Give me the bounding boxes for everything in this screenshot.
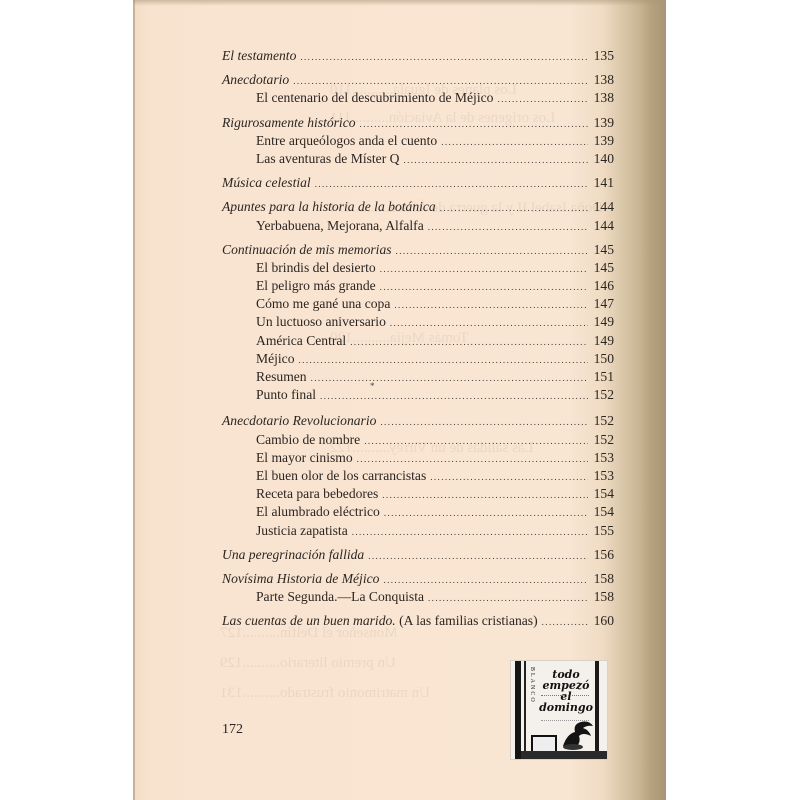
toc-subentry-title: Receta para bebedores	[256, 485, 378, 503]
dot-leader	[383, 571, 588, 589]
toc-entry[interactable]: Continuación de mis memorias 145	[222, 241, 614, 259]
toc-subentry-page: 138	[592, 89, 614, 107]
toc-subentry[interactable]: Resumen 151	[222, 368, 614, 386]
toc-section: Anecdotario Revolucionario 152 Cambio de…	[222, 412, 614, 539]
toc-subentry-title: Un luctuoso aniversario	[256, 313, 386, 331]
dot-leader	[320, 387, 588, 405]
toc-subentry-page: 154	[592, 503, 614, 521]
toc-subentry-title: Cómo me gané una copa	[256, 295, 390, 313]
toc-entry-page: 158	[592, 570, 614, 588]
toc-subentry[interactable]: Cambio de nombre 152	[222, 431, 614, 449]
toc-subentry-page: 152	[592, 386, 614, 404]
toc-section: Continuación de mis memorias 145 El brin…	[222, 241, 614, 405]
toc-subentry-page: 155	[592, 522, 614, 540]
dot-leader	[441, 133, 588, 151]
toc-entry-title: Una peregrinación fallida	[222, 546, 364, 564]
toc-subentry-page: 149	[592, 332, 614, 350]
toc-entry-page: 144	[592, 198, 614, 216]
toc-subentry-page: 147	[592, 295, 614, 313]
table-of-contents: El testamento 135 Anecdotario 138 El cen…	[222, 47, 614, 636]
toc-subentry-title: Yerbabuena, Mejorana, Alfalfa	[256, 217, 424, 235]
toc-subentry[interactable]: Un luctuoso aniversario 149	[222, 313, 614, 331]
toc-entry-title: Apuntes para la historia de la botánica	[222, 198, 436, 216]
dot-leader	[380, 413, 588, 431]
toc-subentry-title: Méjico	[256, 350, 295, 368]
bleed-through-text: Un premio literario..........129	[220, 655, 396, 672]
toc-entry[interactable]: Una peregrinación fallida 156	[222, 546, 614, 564]
toc-subentry-page: 149	[592, 313, 614, 331]
toc-subentry[interactable]: El buen olor de los carrancistas 153	[222, 467, 614, 485]
toc-subentry-title: El peligro más grande	[256, 277, 376, 295]
toc-subentry-title: Cambio de nombre	[256, 431, 360, 449]
toc-subentry-page: 140	[592, 150, 614, 168]
toc-subentry[interactable]: El mayor cinismo 153	[222, 449, 614, 467]
toc-entry[interactable]: Las cuentas de un buen marido. (A las fa…	[222, 612, 614, 630]
toc-subentry[interactable]: Méjico 150	[222, 350, 614, 368]
toc-entry-page: 141	[592, 174, 614, 192]
cover-frame-bar	[524, 661, 526, 759]
dot-leader	[299, 351, 588, 369]
eagle-sculpture-icon	[559, 716, 595, 750]
dot-leader	[428, 218, 588, 236]
toc-entry-title: Rigurosamente histórico	[222, 114, 356, 132]
toc-subentry[interactable]: El brindis del desierto 145	[222, 259, 614, 277]
toc-subentry[interactable]: El peligro más grande 146	[222, 277, 614, 295]
toc-subentry[interactable]: Las aventuras de Míster Q 140	[222, 150, 614, 168]
dot-leader	[497, 90, 588, 108]
dot-leader	[293, 72, 588, 90]
dot-leader	[315, 175, 588, 193]
dot-leader	[430, 468, 588, 486]
dot-leader	[542, 613, 588, 631]
section-separator-mark: *	[370, 381, 375, 391]
toc-section: Rigurosamente histórico 139 Entre arqueó…	[222, 114, 614, 169]
cover-frame-bar	[515, 661, 521, 759]
toc-entry-page: 139	[592, 114, 614, 132]
dot-leader	[300, 48, 588, 66]
dot-leader	[428, 589, 588, 607]
dot-leader	[384, 504, 588, 522]
toc-entry-title: Las cuentas de un buen marido. (A las fa…	[222, 612, 538, 630]
dot-leader	[364, 432, 588, 450]
toc-entry-title-suffix: (A las familias cristianas)	[396, 613, 538, 628]
toc-subentry-title: Justicia zapatista	[256, 522, 348, 540]
dot-leader	[350, 333, 588, 351]
toc-subentry-title: Parte Segunda.—La Conquista	[256, 588, 424, 606]
toc-entry-title: Música celestial	[222, 174, 311, 192]
toc-entry[interactable]: Anecdotario 138	[222, 71, 614, 89]
toc-subentry-title: Resumen	[256, 368, 307, 386]
toc-subentry[interactable]: El centenario del descubrimiento de Méji…	[222, 89, 614, 107]
toc-entry-title: Continuación de mis memorias	[222, 241, 392, 259]
toc-section: Las cuentas de un buen marido. (A las fa…	[222, 612, 614, 630]
toc-subentry-page: 146	[592, 277, 614, 295]
dot-leader	[390, 314, 588, 332]
book-cover-thumbnail[interactable]: BLANCO todo empezó el domingo	[510, 660, 608, 760]
toc-subentry-title: El centenario del descubrimiento de Méji…	[256, 89, 493, 107]
toc-subentry-title: Entre arqueólogos anda el cuento	[256, 132, 437, 150]
toc-subentry-title: El brindis del desierto	[256, 259, 376, 277]
toc-subentry[interactable]: Yerbabuena, Mejorana, Alfalfa 144	[222, 217, 614, 235]
dot-leader	[357, 450, 588, 468]
toc-subentry[interactable]: Justicia zapatista 155	[222, 522, 614, 540]
toc-entry-title: Novísima Historia de Méjico	[222, 570, 379, 588]
page-number: 172	[222, 722, 243, 738]
toc-entry-page: 138	[592, 71, 614, 89]
toc-subentry-title: El alumbrado eléctrico	[256, 503, 380, 521]
toc-subentry-page: 144	[592, 217, 614, 235]
toc-subentry[interactable]: Receta para bebedores 154	[222, 485, 614, 503]
toc-subentry[interactable]: América Central 149	[222, 332, 614, 350]
toc-section: Música celestial 141	[222, 174, 614, 192]
toc-entry[interactable]: El testamento 135	[222, 47, 614, 65]
toc-subentry[interactable]: Cómo me gané una copa 147	[222, 295, 614, 313]
dot-leader	[360, 115, 588, 133]
toc-section: El testamento 135	[222, 47, 614, 65]
toc-section: Novísima Historia de Méjico 158 Parte Se…	[222, 570, 614, 606]
dot-leader	[394, 296, 588, 314]
toc-entry[interactable]: Novísima Historia de Méjico 158	[222, 570, 614, 588]
toc-subentry[interactable]: Parte Segunda.—La Conquista 158	[222, 588, 614, 606]
toc-subentry-page: 153	[592, 467, 614, 485]
toc-entry-page: 145	[592, 241, 614, 259]
toc-subentry[interactable]: Punto final 152	[222, 386, 614, 404]
dot-leader	[396, 242, 588, 260]
toc-subentry-title: América Central	[256, 332, 346, 350]
toc-subentry-page: 150	[592, 350, 614, 368]
toc-subentry-title: Punto final	[256, 386, 316, 404]
toc-entry-title: El testamento	[222, 47, 296, 65]
dot-leader	[380, 260, 588, 278]
toc-entry-page: 160	[592, 612, 614, 630]
toc-entry-page: 152	[592, 412, 614, 430]
page-top-shadow	[133, 0, 666, 6]
toc-section: Apuntes para la historia de la botánica …	[222, 198, 614, 234]
toc-entry-title: Anecdotario	[222, 71, 289, 89]
toc-entry[interactable]: Apuntes para la historia de la botánica …	[222, 198, 614, 216]
toc-subentry-page: 153	[592, 449, 614, 467]
toc-subentry[interactable]: Entre arqueólogos anda el cuento 139	[222, 132, 614, 150]
toc-entry[interactable]: Anecdotario Revolucionario 152	[222, 412, 614, 430]
toc-entry[interactable]: Rigurosamente histórico 139	[222, 114, 614, 132]
toc-subentry-page: 152	[592, 431, 614, 449]
cover-frame-bar	[595, 661, 599, 759]
toc-section: Anecdotario 138 El centenario del descub…	[222, 71, 614, 107]
toc-subentry[interactable]: El alumbrado eléctrico 154	[222, 503, 614, 521]
dot-leader	[403, 151, 588, 169]
toc-subentry-title: Las aventuras de Míster Q	[256, 150, 399, 168]
dot-leader	[382, 486, 588, 504]
toc-subentry-page: 139	[592, 132, 614, 150]
toc-subentry-page: 154	[592, 485, 614, 503]
dot-leader	[380, 278, 588, 296]
cover-spine-text: BLANCO	[527, 667, 535, 704]
cover-floor	[521, 751, 607, 759]
dot-leader	[440, 199, 588, 217]
toc-entry-page: 156	[592, 546, 614, 564]
toc-subentry-page: 158	[592, 588, 614, 606]
dot-leader	[311, 369, 588, 387]
toc-section: Una peregrinación fallida 156	[222, 546, 614, 564]
toc-entry-title-italic: Las cuentas de un buen marido.	[222, 613, 396, 628]
dot-leader	[352, 523, 588, 541]
bleed-through-text: Un matrimonio frustrado..........131	[220, 685, 430, 702]
toc-subentry-page: 145	[592, 259, 614, 277]
toc-subentry-page: 151	[592, 368, 614, 386]
toc-entry-page: 135	[592, 47, 614, 65]
toc-entry[interactable]: Música celestial 141	[222, 174, 614, 192]
cover-title-line: todo empezó	[537, 669, 595, 691]
toc-entry-title: Anecdotario Revolucionario	[222, 412, 376, 430]
toc-subentry-title: El mayor cinismo	[256, 449, 353, 467]
toc-subentry-title: El buen olor de los carrancistas	[256, 467, 426, 485]
dot-leader	[368, 547, 588, 565]
